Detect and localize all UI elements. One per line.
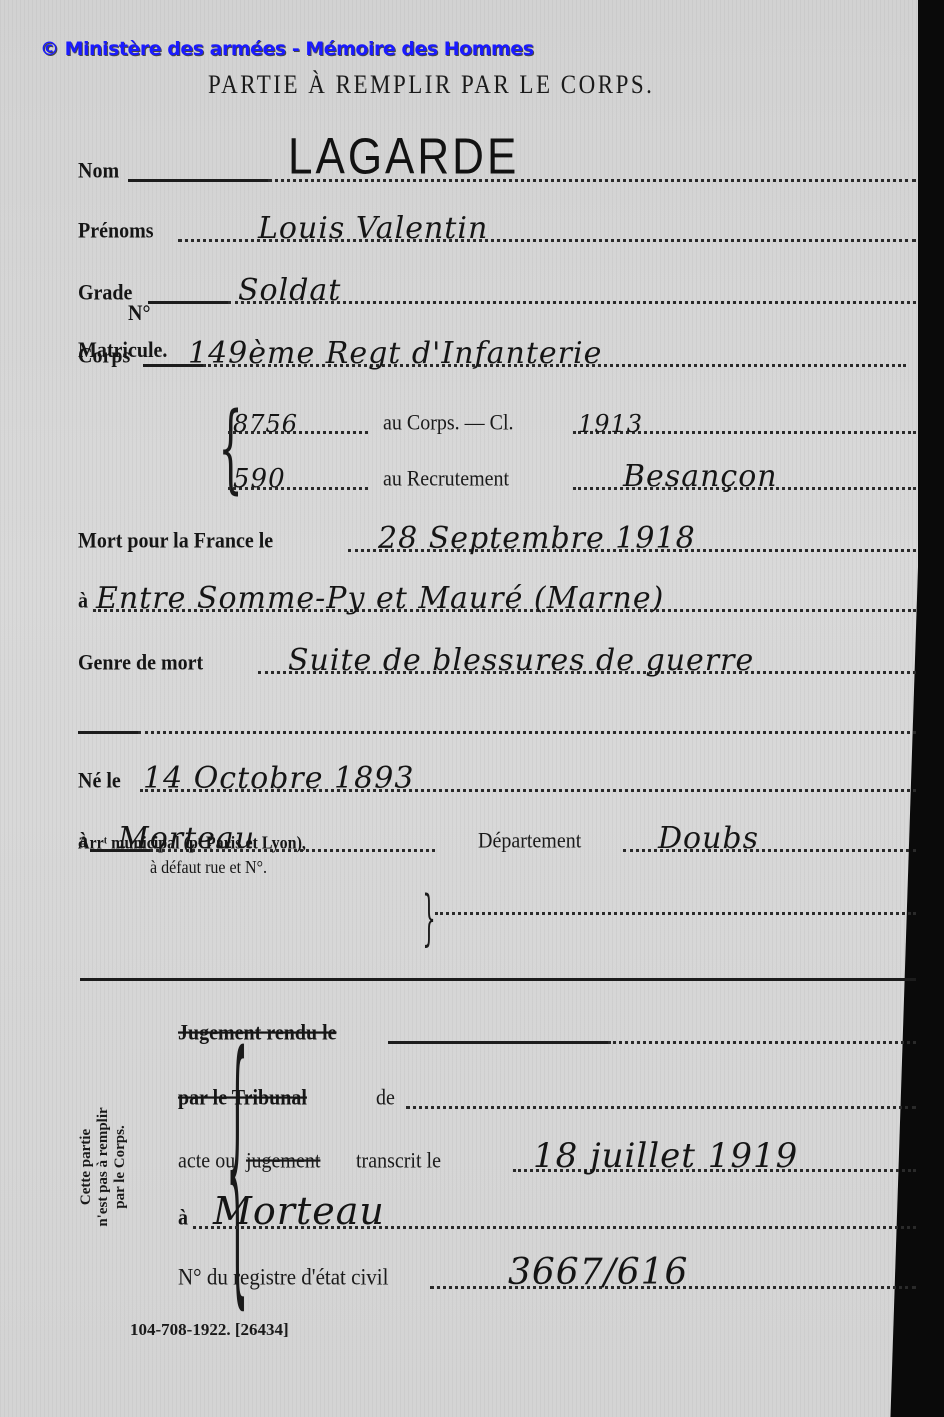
tribunal-label: de	[376, 1085, 395, 1111]
departement-value: Doubs	[658, 821, 759, 856]
nom-value: LAGARDE	[288, 129, 519, 187]
field-registre: N° du registre d'état civil 3667/616	[178, 1255, 916, 1295]
field-ne-le: Né le 14 Octobre 1893	[78, 758, 916, 798]
rule	[608, 1041, 916, 1044]
ne-le-value: 14 Octobre 1893	[143, 761, 414, 796]
jugement-label: Jugement rendu le	[178, 1020, 337, 1046]
rule	[148, 301, 228, 304]
matricule-corps-number: 8756	[233, 410, 298, 438]
rule	[435, 912, 916, 915]
prenoms-label: Prénoms	[78, 218, 154, 244]
field-corps: Corps 149ème Regt d'Infanterie	[78, 333, 916, 373]
field-jugement: Jugement rendu le	[178, 1010, 916, 1050]
registre-value: 3667/616	[508, 1252, 688, 1293]
section-divider	[80, 978, 916, 981]
genre-mort-value: Suite de blessures de guerre	[288, 643, 754, 678]
recrutement-place: Besançon	[623, 459, 778, 494]
field-mort-lieu: à Entre Somme-Py et Mauré (Marne)	[78, 578, 916, 618]
mort-date-value: 28 Septembre 1918	[378, 521, 696, 556]
mort-date-label: Mort pour la France le	[78, 528, 273, 554]
field-transcrit-lieu: à Morteau	[178, 1195, 916, 1235]
transcrit-label-pre: acte ou	[178, 1148, 235, 1174]
form-heading: PARTIE À REMPLIR PAR LE CORPS.	[208, 70, 654, 100]
rule	[406, 1106, 916, 1109]
field-tribunal: par le Tribunal de	[178, 1075, 916, 1115]
grade-label: Grade	[78, 280, 132, 306]
copyright-watermark: © Ministère des armées - Mémoire des Hom…	[40, 38, 534, 60]
rule	[78, 731, 138, 734]
field-mort-date: Mort pour la France le 28 Septembre 1918	[78, 518, 916, 558]
au-corps-label: au Corps. — Cl.	[383, 410, 514, 436]
transcrit-lieu-label: à	[178, 1205, 188, 1231]
matricule-recrutement-row: 590 au Recrutement Besançon	[228, 456, 916, 496]
rule	[138, 731, 916, 734]
ne-le-label: Né le	[78, 768, 121, 794]
prenoms-value: Louis Valentin	[258, 211, 488, 246]
transcrit-lieu-value: Morteau	[213, 1189, 385, 1233]
mort-lieu-label: à	[78, 588, 88, 614]
field-nom: Nom LAGARDE	[78, 148, 916, 188]
matricule-recrutement-number: 590	[233, 464, 286, 494]
field-transcrit: acte ou jugement transcrit le 18 juillet…	[178, 1138, 916, 1178]
brace: }	[422, 888, 435, 948]
classe-value: 1913	[578, 410, 643, 438]
transcrit-label-struck: jugement	[246, 1148, 320, 1174]
rule	[128, 179, 268, 182]
corps-value: 149ème Regt d'Infanterie	[188, 336, 602, 371]
side-note: Cette partie n'est pas à remplir par le …	[78, 1092, 129, 1242]
transcrit-value: 18 juillet 1919	[533, 1136, 798, 1176]
nom-label: Nom	[78, 158, 119, 184]
registre-label: N° du registre d'état civil	[178, 1263, 388, 1291]
print-reference: 104-708-1922. [26434]	[130, 1320, 289, 1340]
field-genre-mort: Genre de mort Suite de blessures de guer…	[78, 640, 916, 680]
departement-label: Département	[478, 828, 581, 854]
blank-line	[78, 700, 916, 740]
field-grade: Grade Soldat	[78, 270, 916, 310]
matricule-corps-row: 8756 au Corps. — Cl. 1913	[228, 400, 916, 440]
genre-mort-label: Genre de mort	[78, 650, 203, 676]
tribunal-label-struck: par le Tribunal	[178, 1085, 307, 1111]
field-prenoms: Prénoms Louis Valentin	[78, 208, 916, 248]
grade-value: Soldat	[238, 273, 341, 308]
rule	[388, 1041, 608, 1044]
transcrit-label-post: transcrit le	[356, 1148, 441, 1174]
mort-lieu-value: Entre Somme-Py et Mauré (Marne)	[96, 581, 664, 616]
au-recrutement-label: au Recrutement	[383, 466, 509, 492]
